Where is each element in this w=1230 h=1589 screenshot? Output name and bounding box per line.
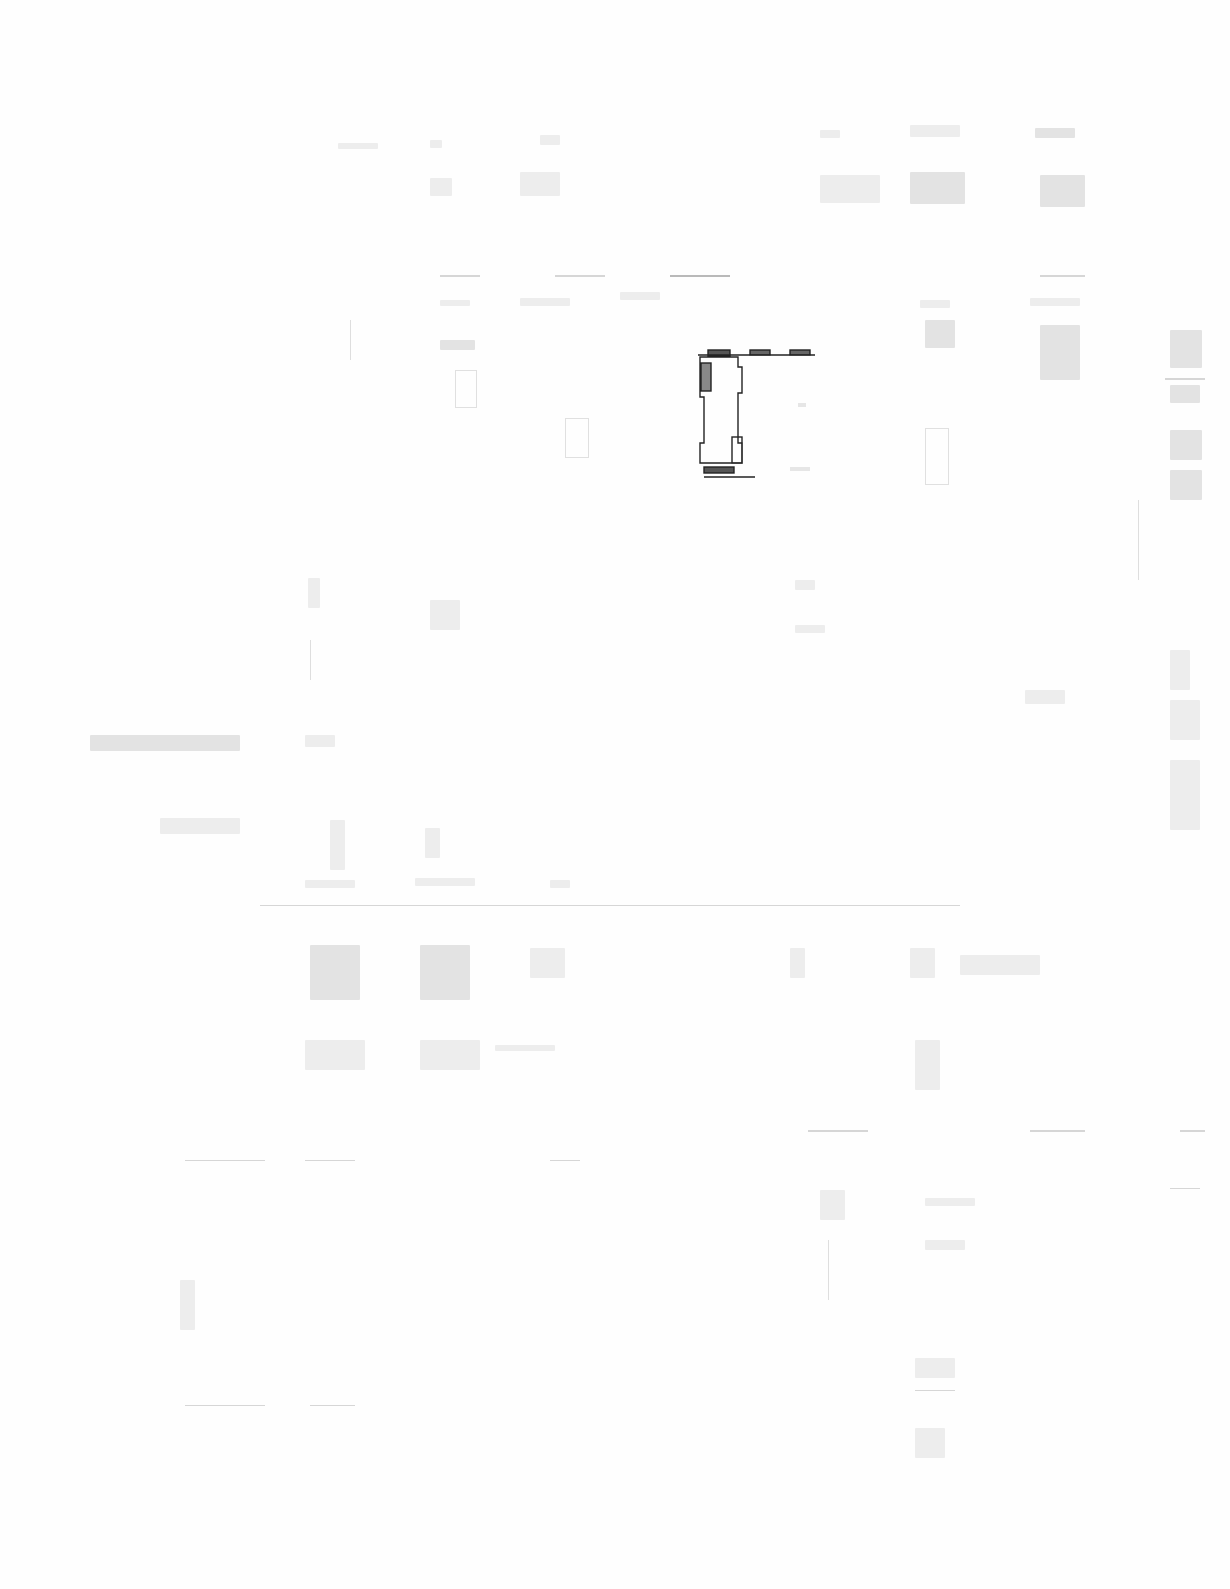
table-rule (1040, 275, 1085, 277)
text-fragment (530, 948, 565, 978)
text-fragment (1170, 650, 1190, 690)
text-fragment (305, 880, 355, 888)
text-fragment (330, 820, 345, 870)
text-fragment (308, 578, 320, 608)
text-fragment (550, 880, 570, 888)
text-fragment (910, 948, 935, 978)
divider (828, 1240, 829, 1300)
text-fragment (820, 130, 840, 138)
text-fragment (1035, 128, 1075, 138)
text-fragment (910, 125, 960, 137)
text-fragment (520, 172, 560, 196)
text-fragment (820, 175, 880, 203)
text-fragment (425, 828, 440, 858)
text-fragment (1040, 175, 1085, 207)
scanned-page (0, 0, 1230, 1589)
text-fragment (1170, 760, 1200, 830)
table-rule (185, 1160, 265, 1161)
text-fragment (420, 1040, 480, 1070)
table-rule (260, 905, 960, 906)
text-fragment (415, 878, 475, 886)
text-fragment (1040, 325, 1080, 380)
text-fragment (440, 300, 470, 306)
text-fragment (310, 945, 360, 1000)
text-fragment (795, 580, 815, 590)
text-fragment (1030, 298, 1080, 306)
table-rule (440, 275, 480, 277)
divider (310, 640, 311, 680)
divider (1138, 500, 1139, 580)
text-fragment (925, 1198, 975, 1206)
text-fragment (180, 1280, 195, 1330)
text-fragment (925, 1240, 965, 1250)
text-fragment (910, 172, 965, 204)
text-fragment (795, 625, 825, 633)
text-fragment (1170, 385, 1200, 403)
text-fragment (430, 140, 442, 148)
text-fragment (960, 955, 1040, 975)
component-outline-icon (690, 345, 820, 485)
cell-box (565, 418, 589, 458)
cell-box (925, 428, 949, 485)
text-fragment (420, 945, 470, 1000)
table-rule (305, 1160, 355, 1161)
table-rule (185, 1405, 265, 1406)
text-fragment (305, 1040, 365, 1070)
text-fragment (1025, 690, 1065, 704)
text-fragment (915, 1358, 955, 1378)
text-fragment (1170, 470, 1202, 500)
table-rule (808, 1130, 868, 1132)
table-rule (555, 275, 605, 277)
text-fragment (520, 298, 570, 306)
text-fragment (620, 292, 660, 300)
text-fragment (790, 948, 805, 978)
text-fragment (915, 1428, 945, 1458)
text-fragment (925, 320, 955, 348)
table-rule (670, 275, 730, 277)
table-rule (915, 1390, 955, 1391)
text-fragment (1170, 330, 1202, 368)
table-rule (550, 1160, 580, 1161)
text-fragment (440, 340, 475, 350)
table-rule (1170, 1188, 1200, 1189)
cell-box (455, 370, 477, 408)
text-fragment (160, 818, 240, 834)
text-fragment (305, 735, 335, 747)
text-fragment (90, 735, 240, 751)
text-fragment (540, 135, 560, 145)
text-fragment (920, 300, 950, 308)
text-fragment (430, 600, 460, 630)
text-fragment (338, 143, 378, 149)
text-fragment (1170, 700, 1200, 740)
text-fragment (820, 1190, 845, 1220)
text-fragment (430, 178, 452, 196)
table-rule (1165, 378, 1205, 380)
table-rule (1030, 1130, 1085, 1132)
text-fragment (495, 1045, 555, 1051)
table-rule (1180, 1130, 1205, 1132)
text-fragment (1170, 430, 1202, 460)
text-fragment (915, 1040, 940, 1090)
divider (350, 320, 351, 360)
table-rule (310, 1405, 355, 1406)
